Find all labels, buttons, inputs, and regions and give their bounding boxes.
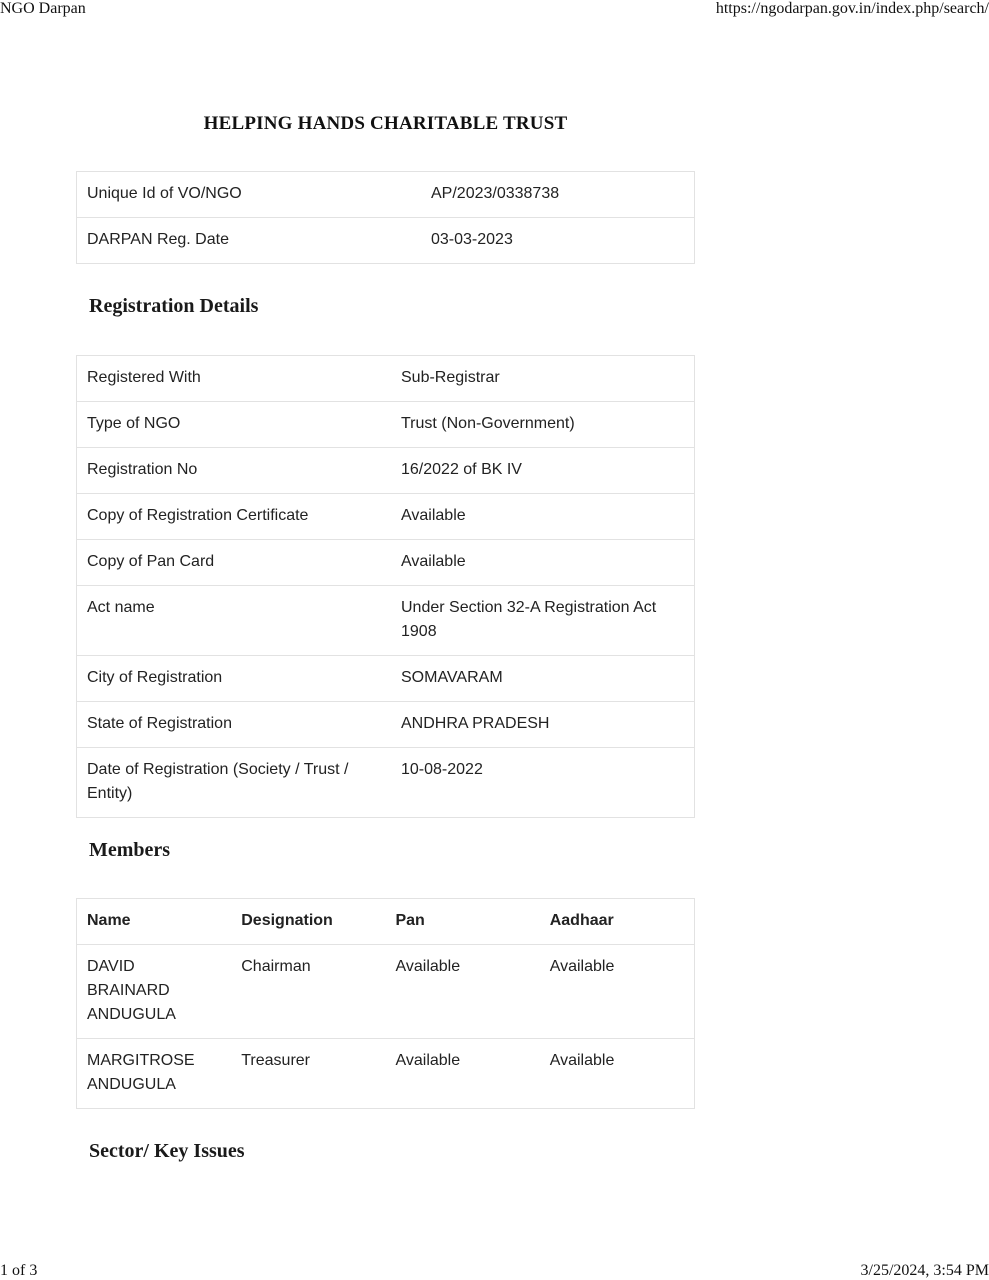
row-label: Registration No xyxy=(77,448,392,494)
row-label: Copy of Pan Card xyxy=(77,540,392,586)
table-row: Date of Registration (Society / Trust / … xyxy=(77,748,695,818)
row-value: Available xyxy=(391,540,695,586)
row-value: Sub-Registrar xyxy=(391,356,695,402)
table-row: Copy of Pan Card Available xyxy=(77,540,695,586)
table-row: Type of NGO Trust (Non-Government) xyxy=(77,402,695,448)
row-value: Available xyxy=(391,494,695,540)
members-heading: Members xyxy=(89,839,170,862)
page-indicator: 1 of 3 xyxy=(0,1262,37,1280)
site-title: NGO Darpan xyxy=(0,0,86,18)
summary-table: Unique Id of VO/NGO AP/2023/0338738 DARP… xyxy=(76,171,695,264)
member-name: MARGITROSE ANDUGULA xyxy=(77,1039,232,1109)
table-header-row: Name Designation Pan Aadhaar xyxy=(77,899,695,945)
table-row: Registered With Sub-Registrar xyxy=(77,356,695,402)
registration-details-heading: Registration Details xyxy=(89,295,258,318)
sector-key-issues-heading: Sector/ Key Issues xyxy=(89,1140,245,1163)
row-label: Copy of Registration Certificate xyxy=(77,494,392,540)
column-header-designation: Designation xyxy=(231,899,385,945)
member-designation: Treasurer xyxy=(231,1039,385,1109)
unique-id-value: AP/2023/0338738 xyxy=(421,172,695,218)
print-timestamp: 3/25/2024, 3:54 PM xyxy=(861,1262,989,1280)
row-label: Registered With xyxy=(77,356,392,402)
row-value: Under Section 32-A Registration Act 1908 xyxy=(391,586,695,656)
row-label: State of Registration xyxy=(77,702,392,748)
registration-details-table: Registered With Sub-Registrar Type of NG… xyxy=(76,355,695,818)
table-row: Registration No 16/2022 of BK IV xyxy=(77,448,695,494)
row-label: City of Registration xyxy=(77,656,392,702)
unique-id-label: Unique Id of VO/NGO xyxy=(77,172,422,218)
table-row: State of Registration ANDHRA PRADESH xyxy=(77,702,695,748)
table-row: City of Registration SOMAVARAM xyxy=(77,656,695,702)
member-pan: Available xyxy=(385,1039,539,1109)
ngo-name-heading: HELPING HANDS CHARITABLE TRUST xyxy=(76,113,695,135)
member-pan: Available xyxy=(385,945,539,1039)
row-value: Trust (Non-Government) xyxy=(391,402,695,448)
member-aadhaar: Available xyxy=(540,945,695,1039)
table-row: Act name Under Section 32-A Registration… xyxy=(77,586,695,656)
darpan-reg-date-label: DARPAN Reg. Date xyxy=(77,218,422,264)
table-row: Copy of Registration Certificate Availab… xyxy=(77,494,695,540)
member-designation: Chairman xyxy=(231,945,385,1039)
column-header-aadhaar: Aadhaar xyxy=(540,899,695,945)
row-value: ANDHRA PRADESH xyxy=(391,702,695,748)
table-row: DARPAN Reg. Date 03-03-2023 xyxy=(77,218,695,264)
table-row: Unique Id of VO/NGO AP/2023/0338738 xyxy=(77,172,695,218)
row-label: Date of Registration (Society / Trust / … xyxy=(77,748,392,818)
table-row: DAVID BRAINARD ANDUGULA Chairman Availab… xyxy=(77,945,695,1039)
member-aadhaar: Available xyxy=(540,1039,695,1109)
column-header-pan: Pan xyxy=(385,899,539,945)
darpan-reg-date-value: 03-03-2023 xyxy=(421,218,695,264)
row-label: Act name xyxy=(77,586,392,656)
page-url: https://ngodarpan.gov.in/index.php/searc… xyxy=(716,0,989,18)
member-name: DAVID BRAINARD ANDUGULA xyxy=(77,945,232,1039)
row-label: Type of NGO xyxy=(77,402,392,448)
row-value: SOMAVARAM xyxy=(391,656,695,702)
table-row: MARGITROSE ANDUGULA Treasurer Available … xyxy=(77,1039,695,1109)
row-value: 10-08-2022 xyxy=(391,748,695,818)
members-table: Name Designation Pan Aadhaar DAVID BRAIN… xyxy=(76,898,695,1109)
row-value: 16/2022 of BK IV xyxy=(391,448,695,494)
column-header-name: Name xyxy=(77,899,232,945)
